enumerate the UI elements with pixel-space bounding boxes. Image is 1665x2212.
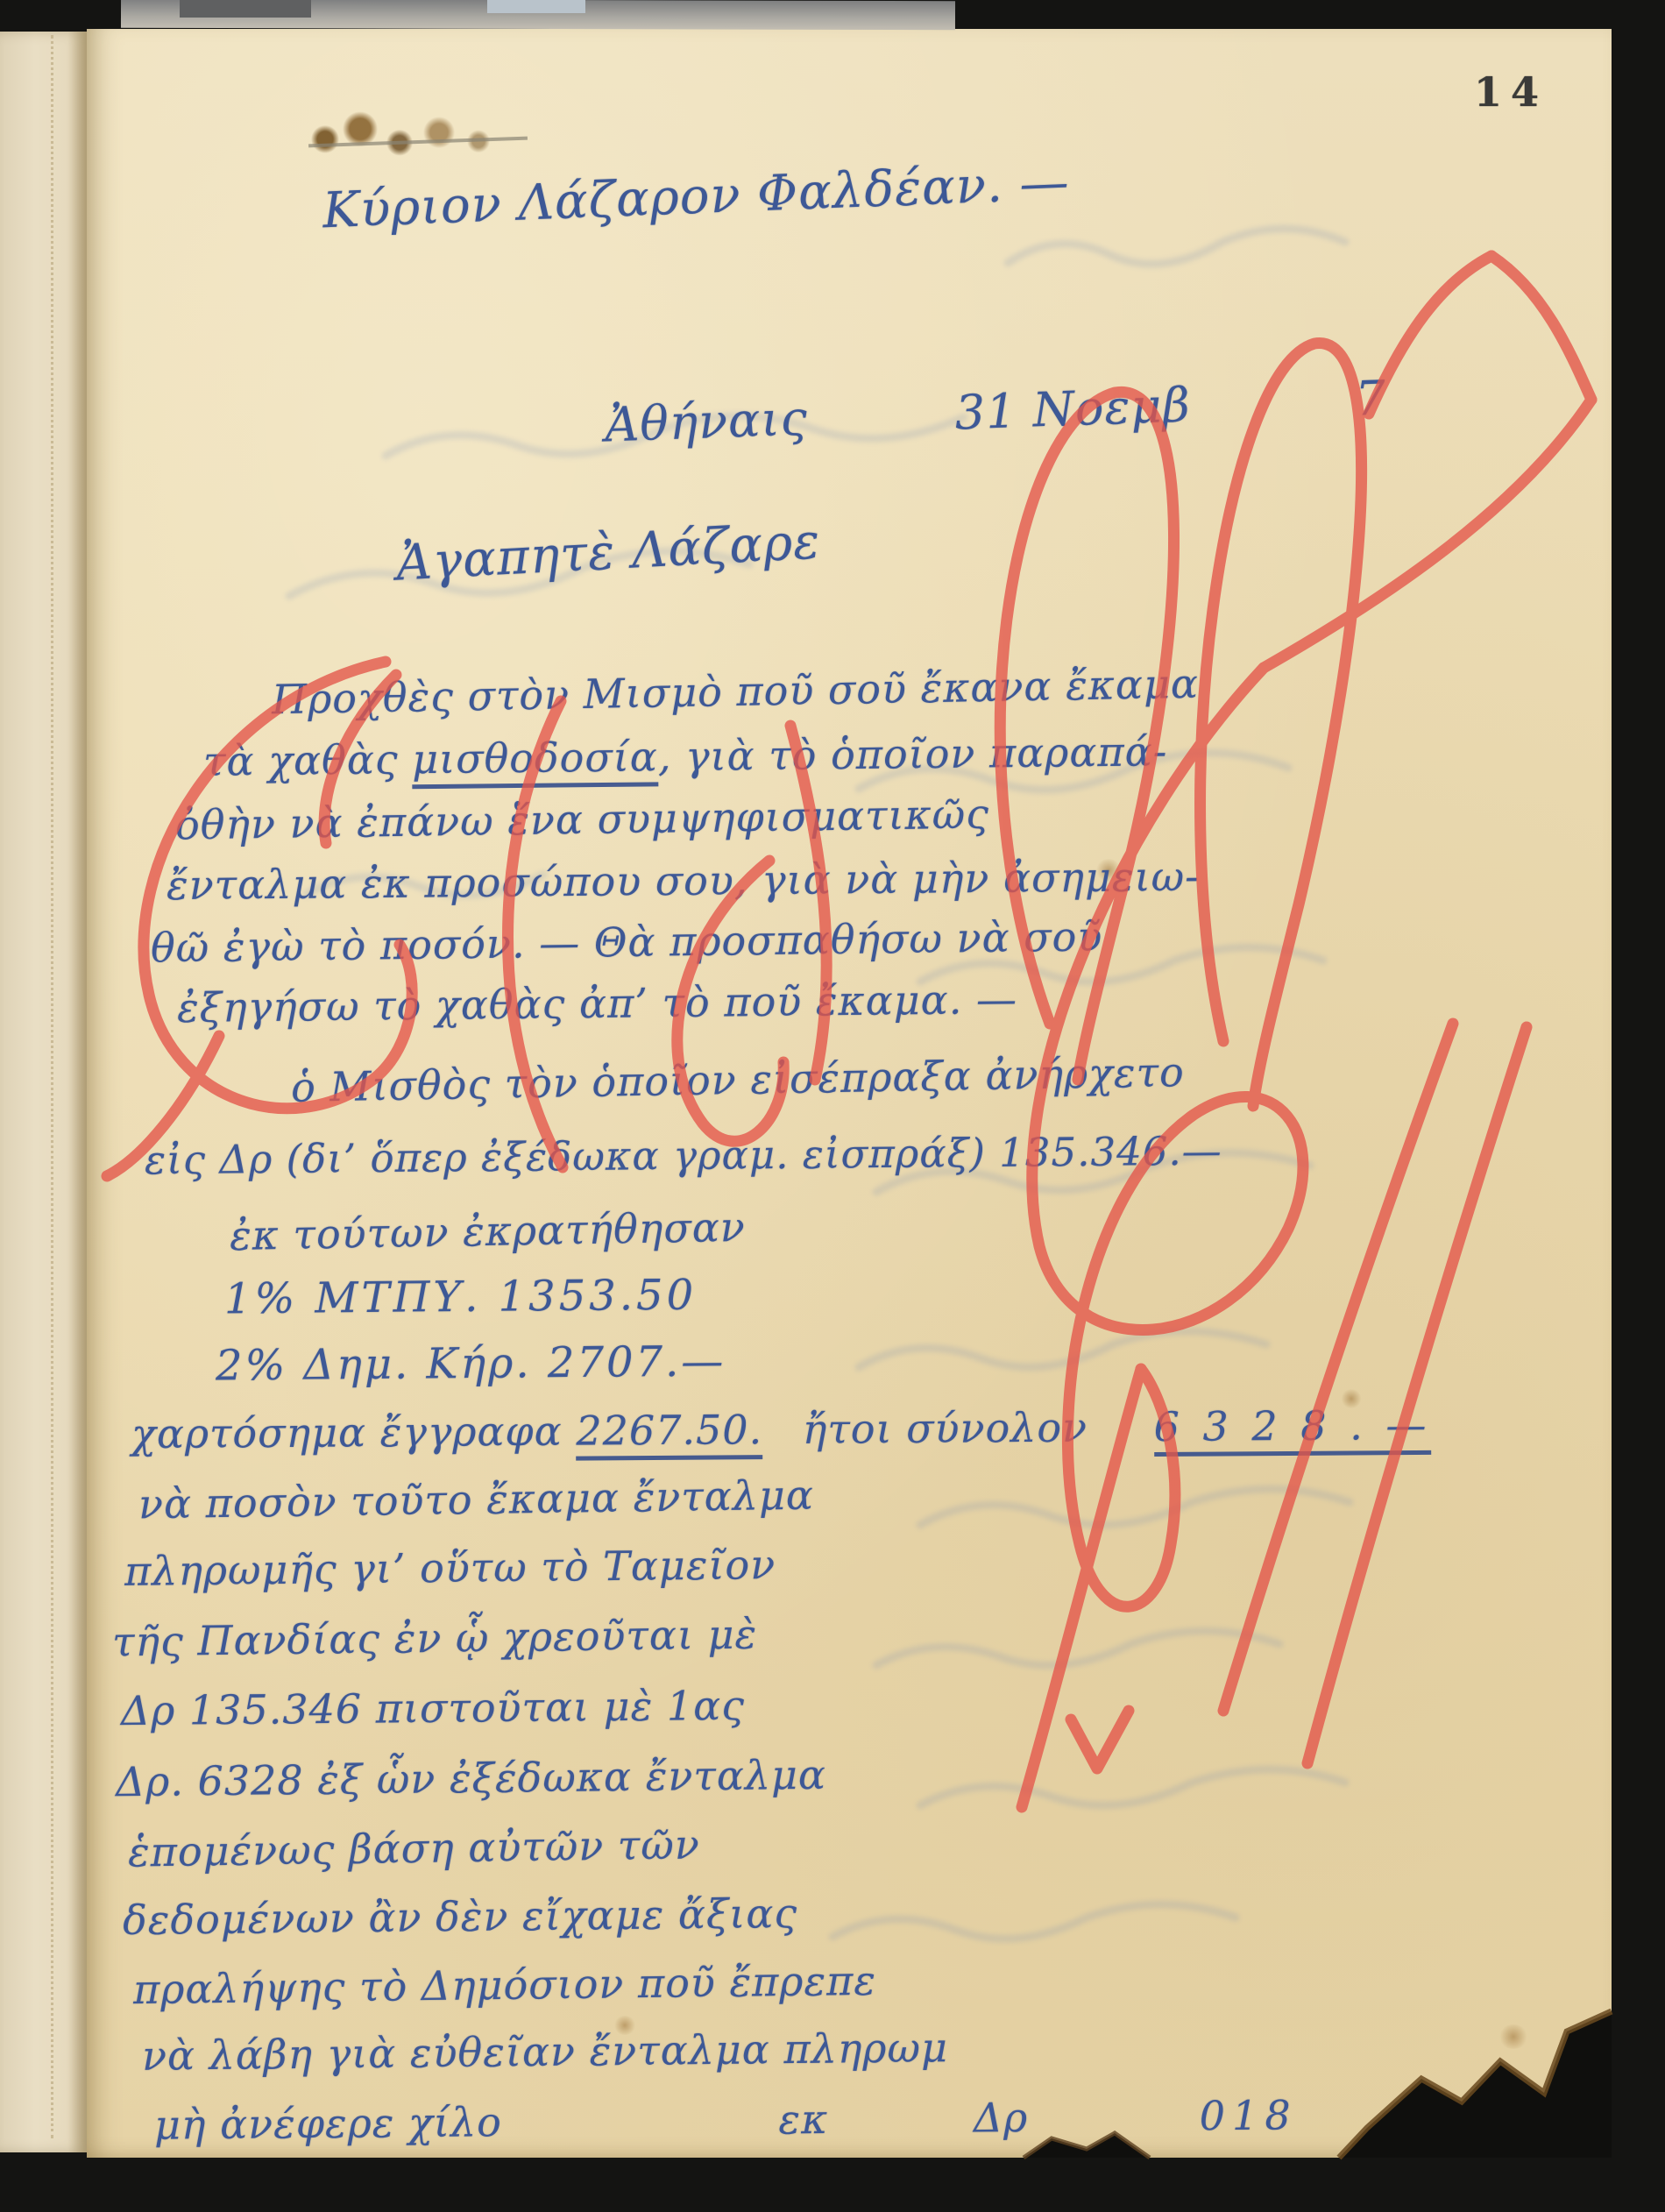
underlined-amount: 2267.50. <box>576 1406 762 1460</box>
underlined-word: μισθοδοσία <box>412 733 658 789</box>
body-text: ἤτοι σύνολον <box>789 1403 1102 1452</box>
date-day: 31 Νοεμβ <box>954 377 1192 440</box>
foxing-spot <box>1498 2024 1528 2049</box>
totals-line: χαρτόσημα ἔγγραφα 2267.50. ἤτοι σύνολον … <box>131 1401 1432 1457</box>
body-text: εκ <box>778 2095 828 2143</box>
body-line: Δρ 135.346 πιστοῦται μὲ 1ας <box>121 1682 745 1734</box>
date-year: 7 <box>1355 370 1388 426</box>
date-place: Ἀθήναις <box>604 391 809 453</box>
underlying-page-edge <box>0 32 87 2152</box>
body-line: νὰ ποσὸν τοῦτο ἔκαμα ἔνταλμα <box>138 1471 815 1528</box>
body-line: ἑπομένως βάση αὐτῶν τῶν <box>128 1820 700 1875</box>
body-line: τὰ χαθὰς μισθοδοσία, γιὰ τὸ ὁποῖον παραπ… <box>203 727 1168 785</box>
body-line: τῆς Πανδίας ἐν ᾧ χρεοῦται μὲ <box>112 1611 758 1666</box>
body-line: δεδομένων ἂν δὲν εἴχαμε ἄξιας <box>123 1889 798 1944</box>
body-line: πληρωμῆς γι’ οὕτω τὸ Ταμεῖον <box>124 1541 776 1595</box>
paper-clip-tab <box>487 0 585 13</box>
body-line: ἐκ τούτων ἐκρατήθησαν <box>230 1203 747 1259</box>
body-line: νὰ λάβη γιὰ εὐθεῖαν ἔνταλμα πληρωμ <box>142 2024 948 2080</box>
corner-number: 018 <box>1200 2091 1298 2139</box>
body-text: τὰ χαθὰς <box>203 735 413 784</box>
body-text: χαρτόσημα ἔγγραφα <box>131 1407 577 1458</box>
body-line: Δρ. 6328 ἐξ ὧν ἐξέδωκα ἔνταλμα <box>116 1751 826 1805</box>
scanner-top-edge-dark <box>180 0 311 18</box>
scanned-letter-page: 14 Κύριον Λάζαρον Φαλδέαν. — Ἀθήναις 31 … <box>0 0 1665 2212</box>
body-line: ἐξηγήσω τὸ χαθὰς ἀπ’ τὸ ποῦ ἔκαμα. — <box>177 975 1017 1032</box>
page-number: 14 <box>1474 68 1548 116</box>
body-line: ἔνταλμα ἐκ προσώπου σου, γιὰ νὰ μὴν ἀσημ… <box>166 853 1200 909</box>
closing-line: μὴ ἀνέφερε χίλο εκ Δρ 018 <box>154 2091 1298 2148</box>
body-line: πραλήψης τὸ Δημόσιον ποῦ ἔπρεπε <box>133 1957 877 2013</box>
body-text: Δρ <box>974 2094 1029 2142</box>
body-line: εἰς Δρ (δι’ ὅπερ ἐξέδωκα γραμ. εἰσπράξ) … <box>145 1128 1222 1184</box>
body-text: μὴ ἀνέφερε χίλο <box>154 2098 502 2148</box>
body-text: , γιὰ τὸ ὁποῖον παραπά- <box>658 727 1168 780</box>
deduction-line-mtpy: 1% ΜΤΠΥ. 1353.50 <box>224 1271 698 1324</box>
perforation-line <box>51 35 53 2138</box>
ink-stain <box>286 102 505 170</box>
underlined-total: 6 3 2 8 . — <box>1153 1401 1431 1457</box>
deduction-line-dimkir: 2% Δημ. Κήρ. 2707.— <box>216 1336 726 1390</box>
